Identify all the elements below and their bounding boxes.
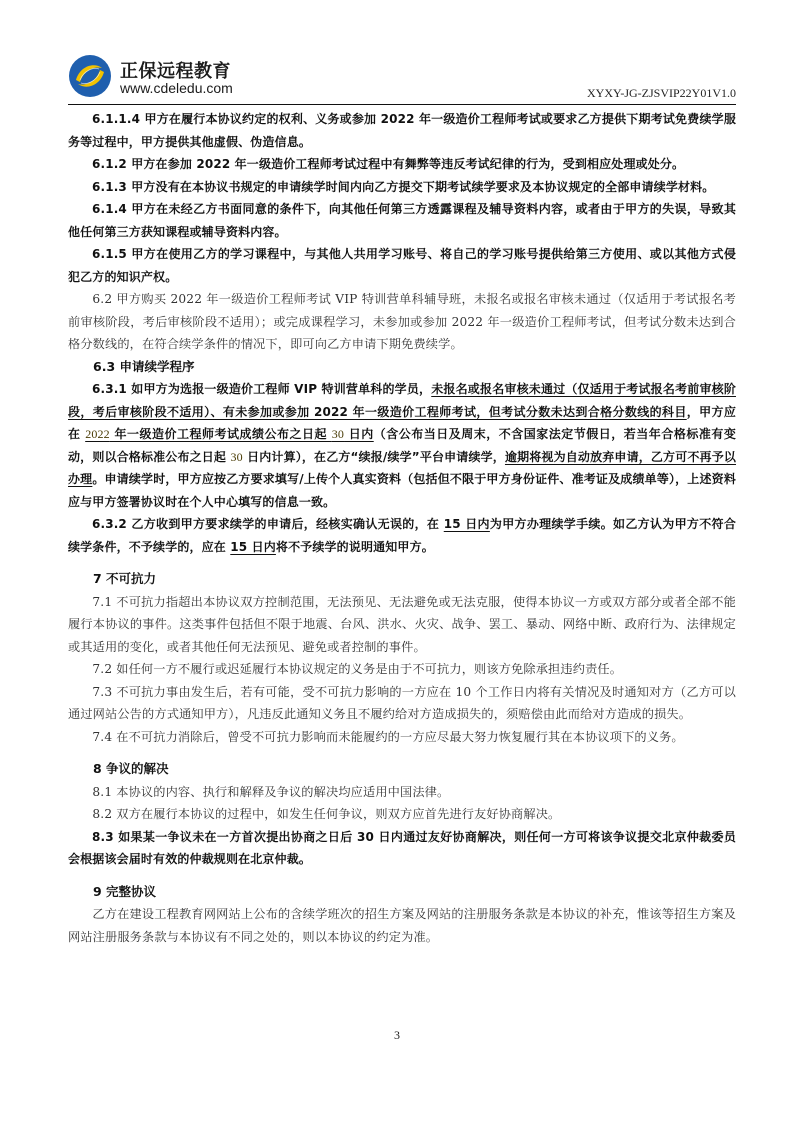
document-page: 正保远程教育 www.cdeledu.com XYXY-JG-ZJSVIP22Y… bbox=[0, 0, 794, 1123]
clause-9: 乙方在建设工程教育网网站上公布的含续学班次的招生方案及网站的注册服务条款是本协议… bbox=[68, 903, 736, 948]
clause-6-2: 6.2 甲方购买 2022 年一级造价工程师考试 VIP 特训营单科辅导班，未报… bbox=[68, 288, 736, 356]
heading-7: 7 不可抗力 bbox=[68, 568, 736, 591]
clause-6-3-2: 6.3.2 乙方收到甲方要求续学的申请后，经核实确认无误的，在 15 日内为甲方… bbox=[68, 513, 736, 558]
clause-8-3: 8.3 如果某一争议未在一方首次提出协商之日后 30 日内通过友好协商解决，则任… bbox=[68, 826, 736, 871]
clause-6-1-1-4: 6.1.1.4 甲方在履行本协议约定的权利、义务或参加 2022 年一级造价工程… bbox=[68, 108, 736, 153]
brand-url: www.cdeledu.com bbox=[120, 80, 233, 96]
document-body: 6.1.1.4 甲方在履行本协议约定的权利、义务或参加 2022 年一级造价工程… bbox=[68, 108, 736, 948]
clause-7-2: 7.2 如任何一方不履行或迟延履行本协议规定的义务是由于不可抗力，则该方免除承担… bbox=[68, 658, 736, 681]
clause-6-1-5: 6.1.5 甲方在使用乙方的学习课程中，与其他人共用学习账号、将自己的学习账号提… bbox=[68, 243, 736, 288]
page-header: 正保远程教育 www.cdeledu.com XYXY-JG-ZJSVIP22Y… bbox=[68, 54, 736, 104]
underlined-deadline: 2022 年一级造价工程师考试成绩公布之日起 30 日内 bbox=[85, 427, 374, 441]
clause-7-3: 7.3 不可抗力事由发生后，若有可能，受不可抗力影响的一方应在 10 个工作日内… bbox=[68, 681, 736, 726]
heading-8: 8 争议的解决 bbox=[68, 758, 736, 781]
clause-8-2: 8.2 双方在履行本协议的过程中，如发生任何争议，则双方应首先进行友好协商解决。 bbox=[68, 803, 736, 826]
cdeledu-logo-icon bbox=[68, 54, 112, 98]
heading-6-3: 6.3 申请续学程序 bbox=[68, 356, 736, 379]
clause-7-4: 7.4 在不可抗力消除后，曾受不可抗力影响而未能履约的一方应尽最大努力恢复履行其… bbox=[68, 726, 736, 749]
header-divider bbox=[68, 104, 736, 105]
clause-6-1-2: 6.1.2 甲方在参加 2022 年一级造价工程师考试过程中有舞弊等违反考试纪律… bbox=[68, 153, 736, 176]
page-number: 3 bbox=[0, 1028, 794, 1043]
clause-7-1: 7.1 不可抗力指超出本协议双方控制范围，无法预见、无法避免或无法克服，使得本协… bbox=[68, 591, 736, 659]
heading-9: 9 完整协议 bbox=[68, 881, 736, 904]
document-code: XYXY-JG-ZJSVIP22Y01V1.0 bbox=[587, 86, 736, 101]
clause-6-1-4: 6.1.4 甲方在未经乙方书面同意的条件下，向其他任何第三方透露课程及辅导资料内… bbox=[68, 198, 736, 243]
clause-6-1-3: 6.1.3 甲方没有在本协议书规定的申请续学时间内向乙方提交下期考试续学要求及本… bbox=[68, 176, 736, 199]
clause-8-1: 8.1 本协议的内容、执行和解释及争议的解决均应适用中国法律。 bbox=[68, 781, 736, 804]
clause-6-3-1: 6.3.1 如甲方为选报一级造价工程师 VIP 特训营单科的学员，未报名或报名审… bbox=[68, 378, 736, 513]
